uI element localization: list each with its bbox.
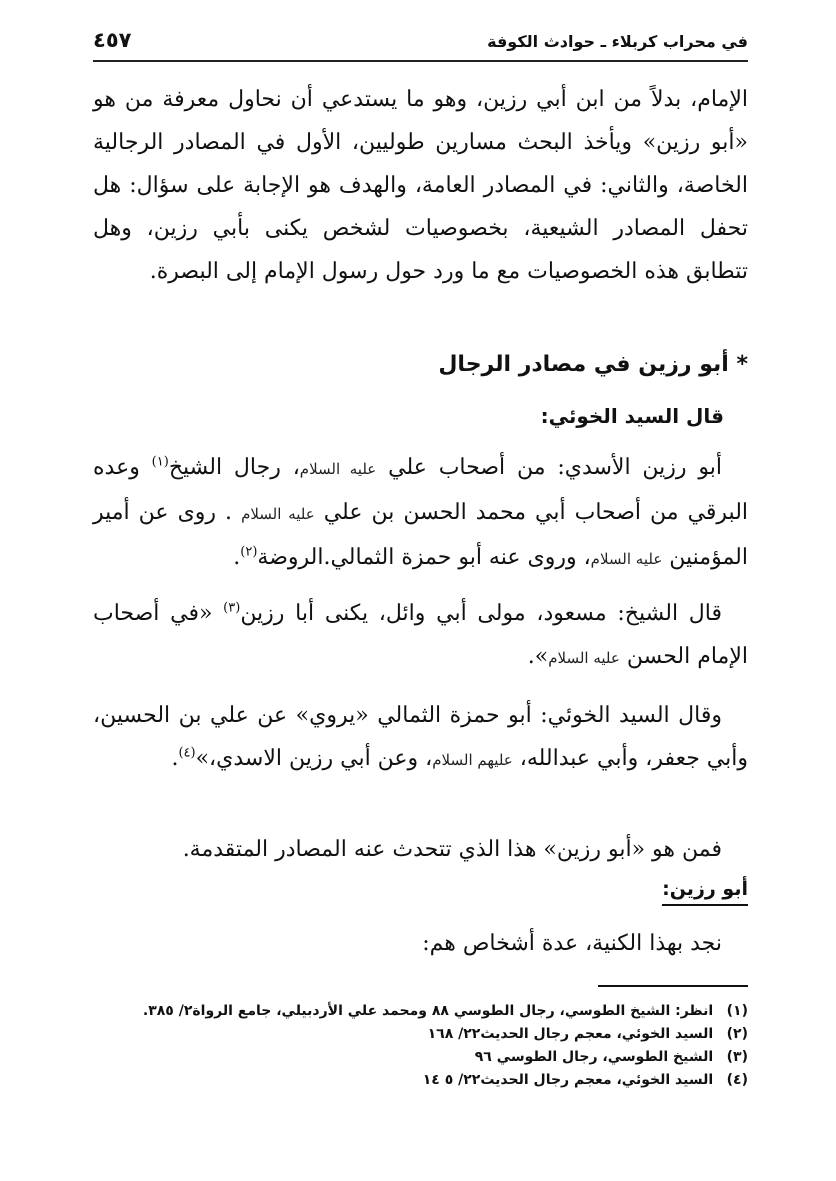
page-number: ٤٥٧: [93, 28, 131, 52]
paragraph-1: أبو رزين الأسدي: من أصحاب علي عليه السلا…: [93, 446, 748, 581]
footnote-item: (٢) السيد الخوئي، معجم رجال الحديث٢٢/ ١٦…: [93, 1023, 748, 1046]
intro-paragraph: الإمام، بدلاً من ابن أبي رزين، وهو ما يس…: [93, 78, 748, 293]
running-title: في محراب كربلاء ـ حوادث الكوفة: [487, 32, 748, 51]
footnote-item: (٣) الشيخ الطوسي، رجال الطوسي ٩٦: [93, 1046, 748, 1069]
page-header: في محراب كربلاء ـ حوادث الكوفة ٤٥٧: [93, 30, 748, 62]
paragraph-2: قال الشيخ: مسعود، مولى أبي وائل، يكنى أب…: [93, 592, 748, 680]
footnote-ref[interactable]: (٤): [178, 746, 195, 761]
abu-razin-heading: أبو رزين:: [662, 878, 748, 906]
intro-text: الإمام، بدلاً من ابن أبي رزين، وهو ما يس…: [93, 78, 748, 293]
section-subheading: قال السيد الخوئي:: [541, 404, 724, 428]
footnotes: (١) انظر: الشيخ الطوسي، رجال الطوسي ٨٨ و…: [93, 1000, 748, 1092]
paragraph-4: فمن هو «أبو رزين» هذا الذي تتحدث عنه الم…: [93, 828, 748, 871]
paragraph-3: وقال السيد الخوئي: أبو حمزة الثمالي «يرو…: [93, 694, 748, 782]
honorific-icon: عليه السلام: [548, 649, 620, 667]
footnote-item: (١) انظر: الشيخ الطوسي، رجال الطوسي ٨٨ و…: [93, 1000, 748, 1023]
honorific-icon: عليه السلام: [591, 550, 663, 568]
footnote-ref[interactable]: (٢): [240, 545, 257, 560]
abu-razin-paragraph: نجد بهذا الكنية، عدة أشخاص هم:: [93, 922, 748, 965]
footnote-ref[interactable]: (١): [152, 455, 169, 470]
footnote-ref[interactable]: (٣): [223, 601, 240, 616]
footnote-item: (٤) السيد الخوئي، معجم رجال الحديث٢٢/ ٥ …: [93, 1069, 748, 1092]
section-heading: * أبو رزين في مصادر الرجال: [438, 352, 748, 377]
honorific-icon: عليه السلام: [300, 460, 376, 478]
footnote-divider: [598, 985, 748, 987]
book-page: في محراب كربلاء ـ حوادث الكوفة ٤٥٧ الإما…: [0, 0, 836, 1181]
honorific-icon: عليهم السلام: [432, 751, 512, 769]
honorific-icon: عليه السلام: [241, 505, 315, 523]
